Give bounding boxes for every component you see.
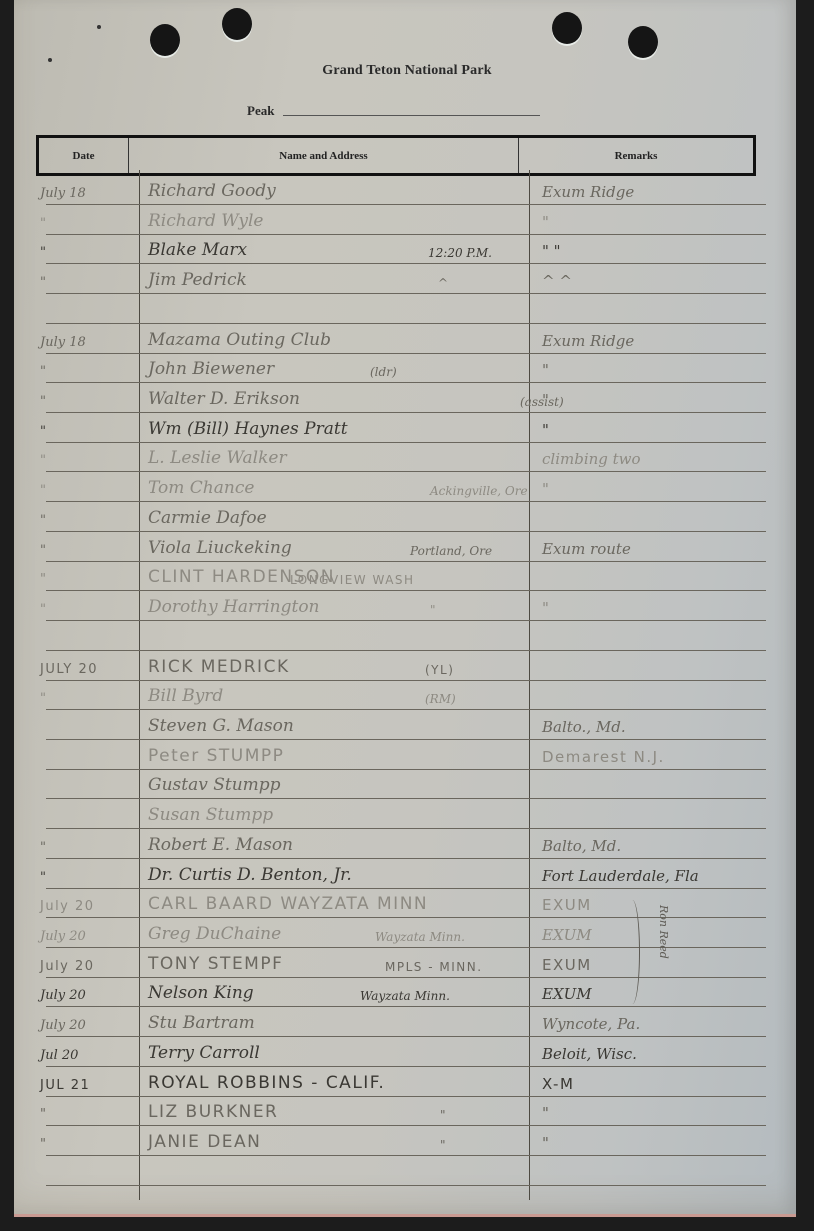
entry-name: Carmie Dafoe xyxy=(148,508,267,528)
entry-date: " xyxy=(40,216,136,231)
entry-date: JULY 20 xyxy=(40,662,136,677)
entry-remarks: Balto., Md. xyxy=(542,718,626,736)
entry-remarks: EXUM xyxy=(542,926,592,944)
entry-name: Walter D. Erikson xyxy=(148,389,300,409)
register-entry: Peter STUMPPDemarest N.J. xyxy=(30,740,790,769)
entry-remarks: Demarest N.J. xyxy=(542,748,665,766)
register-entry: July 20Nelson KingWayzata Minn.EXUM xyxy=(30,977,790,1006)
entry-name: Richard Goody xyxy=(148,181,276,201)
ruled-line xyxy=(46,1185,766,1186)
pin-hole-icon xyxy=(48,58,52,62)
register-entry: Susan Stumpp xyxy=(30,799,790,828)
register-entry: "Robert E. MasonBalto, Md. xyxy=(30,829,790,858)
entry-note: (ldr) xyxy=(370,365,397,379)
register-entry: "Jim Pedrick^^ ^ xyxy=(30,264,790,293)
entry-name: L. Leslie Walker xyxy=(148,448,287,468)
entry-name: LIZ BURKNER xyxy=(148,1102,278,1122)
column-header-remarks: Remarks xyxy=(519,138,753,173)
entry-date: " xyxy=(40,513,136,528)
entry-remarks: Exum route xyxy=(542,540,631,558)
register-entry: Steven G. MasonBalto., Md. xyxy=(30,710,790,739)
entry-note: Wayzata Minn. xyxy=(375,930,465,944)
register-entry: July 20Stu BartramWyncote, Pa. xyxy=(30,1007,790,1036)
entry-remarks: " xyxy=(542,213,549,231)
entry-remarks: Balto, Md. xyxy=(542,837,621,855)
entry-date: July 20 xyxy=(40,899,136,914)
register-entry: "Dr. Curtis D. Benton, Jr.Fort Lauderdal… xyxy=(30,859,790,888)
register-entry: JULY 20RICK MEDRICK(YL) xyxy=(30,651,790,680)
entry-date: " xyxy=(40,424,136,439)
register-entry xyxy=(30,294,790,323)
entry-date: " xyxy=(40,275,136,290)
entry-date: " xyxy=(40,870,136,885)
entry-date: " xyxy=(40,840,136,855)
entry-note: Portland, Ore xyxy=(410,544,492,558)
entry-name: John Biewener xyxy=(148,359,274,379)
entry-remarks: " xyxy=(542,391,549,409)
entry-date: " xyxy=(40,691,136,706)
register-entry: July 20TONY STEMPFMPLS - MINN.EXUM xyxy=(30,948,790,977)
entry-date: " xyxy=(40,602,136,617)
register-entry: Gustav Stumpp xyxy=(30,769,790,798)
entry-name: CARL BAARD WAYZATA MINN xyxy=(148,894,428,914)
register-entry: "Bill Byrd(RM) xyxy=(30,680,790,709)
register-entry: "Blake Marx12:20 P.M." " xyxy=(30,234,790,263)
entry-name: Terry Carroll xyxy=(148,1043,260,1063)
entry-remarks: Beloit, Wisc. xyxy=(542,1045,637,1063)
entry-remarks: " xyxy=(542,1134,550,1152)
entry-remarks: EXUM xyxy=(542,956,592,974)
entry-name: Gustav Stumpp xyxy=(148,775,281,795)
punch-hole-icon xyxy=(150,24,180,56)
entry-remarks: Wyncote, Pa. xyxy=(542,1015,640,1033)
register-entry: July 18Mazama Outing ClubExum Ridge xyxy=(30,324,790,353)
entry-date: July 20 xyxy=(40,1018,136,1033)
entry-name: Richard Wyle xyxy=(148,211,263,231)
pin-hole-icon xyxy=(97,25,101,29)
entry-note: 12:20 P.M. xyxy=(428,246,492,260)
register-entry: "JANIE DEAN"" xyxy=(30,1126,790,1155)
table-header: Date Name and Address Remarks xyxy=(36,135,756,176)
register-entry: JUL 21ROYAL ROBBINS - CALIF.X-M xyxy=(30,1067,790,1096)
entry-name: Bill Byrd xyxy=(148,686,223,706)
entry-name: Robert E. Mason xyxy=(148,835,293,855)
entry-date: " xyxy=(40,1107,136,1122)
entry-date: " xyxy=(40,394,136,409)
entry-remarks: " xyxy=(542,480,549,498)
entry-remarks: ^ ^ xyxy=(542,272,572,290)
entry-name: Dorothy Harrington xyxy=(148,597,320,617)
entry-date: JUL 21 xyxy=(40,1078,136,1093)
register-entry: July 20CARL BAARD WAYZATA MINNEXUM xyxy=(30,888,790,917)
entry-name: Greg DuChaine xyxy=(148,924,281,944)
entry-remarks: " xyxy=(542,421,549,439)
entry-name: TONY STEMPF xyxy=(148,954,283,974)
register-entry: "Richard Wyle" xyxy=(30,205,790,234)
register-entry: "Wm (Bill) Haynes Pratt" xyxy=(30,413,790,442)
entry-remarks: " xyxy=(542,1104,550,1122)
entry-note: LONGVIEW WASH xyxy=(290,573,415,587)
entry-remarks: " xyxy=(542,599,549,617)
bracket-note: Ron Reed xyxy=(650,905,670,1005)
register-entry: "Dorothy Harrington"" xyxy=(30,591,790,620)
entry-name: Steven G. Mason xyxy=(148,716,294,736)
register-entry: "Carmie Dafoe xyxy=(30,502,790,531)
entry-remarks: " xyxy=(542,361,549,379)
peak-label: Peak xyxy=(247,103,274,119)
register-entry xyxy=(30,621,790,650)
punch-hole-icon xyxy=(628,26,658,58)
register-entry: "L. Leslie Walkerclimbing two xyxy=(30,442,790,471)
column-header-date: Date xyxy=(39,138,129,173)
entry-remarks: climbing two xyxy=(542,450,641,468)
punch-hole-icon xyxy=(552,12,582,44)
entry-date: " xyxy=(40,543,136,558)
entry-remarks: Exum Ridge xyxy=(542,183,634,201)
entry-name: Wm (Bill) Haynes Pratt xyxy=(148,419,348,439)
entry-date: July 20 xyxy=(40,959,136,974)
entry-date: July 20 xyxy=(40,988,136,1003)
entry-date: Jul 20 xyxy=(40,1048,136,1063)
entry-name: Viola Liuckeking xyxy=(148,538,292,558)
entry-remarks: " " xyxy=(542,242,561,260)
register-entry: "LIZ BURKNER"" xyxy=(30,1096,790,1125)
entry-remarks: EXUM xyxy=(542,896,592,914)
register-entry: "Walter D. Erikson(assist)" xyxy=(30,383,790,412)
register-entry: "John Biewener(ldr)" xyxy=(30,353,790,382)
entry-name: Nelson King xyxy=(148,983,254,1003)
entry-date: " xyxy=(40,245,136,260)
entry-note: ^ xyxy=(438,276,448,290)
entry-date: " xyxy=(40,453,136,468)
entry-note: " xyxy=(440,1138,447,1152)
entry-name: Tom Chance xyxy=(148,478,254,498)
register-entry: "CLINT HARDENSONLONGVIEW WASH xyxy=(30,561,790,590)
entry-note: Wayzata Minn. xyxy=(360,989,450,1003)
entry-date: " xyxy=(40,572,136,587)
entry-name: RICK MEDRICK xyxy=(148,657,290,677)
entry-date: July 20 xyxy=(40,929,136,944)
entry-name: JANIE DEAN xyxy=(148,1132,261,1152)
register-entry: July 20Greg DuChaineWayzata Minn.EXUM xyxy=(30,918,790,947)
entry-date: " xyxy=(40,483,136,498)
entry-name: Susan Stumpp xyxy=(148,805,273,825)
punch-hole-icon xyxy=(222,8,252,40)
entry-note: (RM) xyxy=(425,692,456,706)
entry-name: Blake Marx xyxy=(148,240,247,260)
entry-remarks: Exum Ridge xyxy=(542,332,634,350)
entry-remarks: X-M xyxy=(542,1075,574,1093)
entry-name: ROYAL ROBBINS - CALIF. xyxy=(148,1073,385,1093)
park-title: Grand Teton National Park xyxy=(0,63,814,79)
column-header-name-address: Name and Address xyxy=(129,138,519,173)
entry-name: Dr. Curtis D. Benton, Jr. xyxy=(148,865,352,885)
entry-note: " xyxy=(440,1108,447,1122)
bracket-mark xyxy=(625,900,640,1004)
entry-note: Ackingville, Ore xyxy=(430,484,528,498)
entry-name: Peter STUMPP xyxy=(148,746,284,766)
entry-name: Stu Bartram xyxy=(148,1013,255,1033)
register-entry: "Tom ChanceAckingville, Ore" xyxy=(30,472,790,501)
peak-field[interactable] xyxy=(283,115,540,116)
entry-remarks: Fort Lauderdale, Fla xyxy=(542,867,699,885)
entry-date: " xyxy=(40,364,136,379)
register-entry: July 18Richard GoodyExum Ridge xyxy=(30,175,790,204)
register-entry xyxy=(30,1156,790,1185)
entry-date: " xyxy=(40,1137,136,1152)
register-entry: Jul 20Terry CarrollBeloit, Wisc. xyxy=(30,1037,790,1066)
entry-note: " xyxy=(430,603,436,617)
entry-name: Mazama Outing Club xyxy=(148,330,331,350)
entry-note: (YL) xyxy=(425,663,454,677)
entry-name: Jim Pedrick xyxy=(148,270,247,290)
register-entry: "Viola LiuckekingPortland, OreExum route xyxy=(30,532,790,561)
entry-date: July 18 xyxy=(40,186,136,201)
entry-note: MPLS - MINN. xyxy=(385,960,483,974)
entry-date: July 18 xyxy=(40,335,136,350)
entry-remarks: EXUM xyxy=(542,985,592,1003)
